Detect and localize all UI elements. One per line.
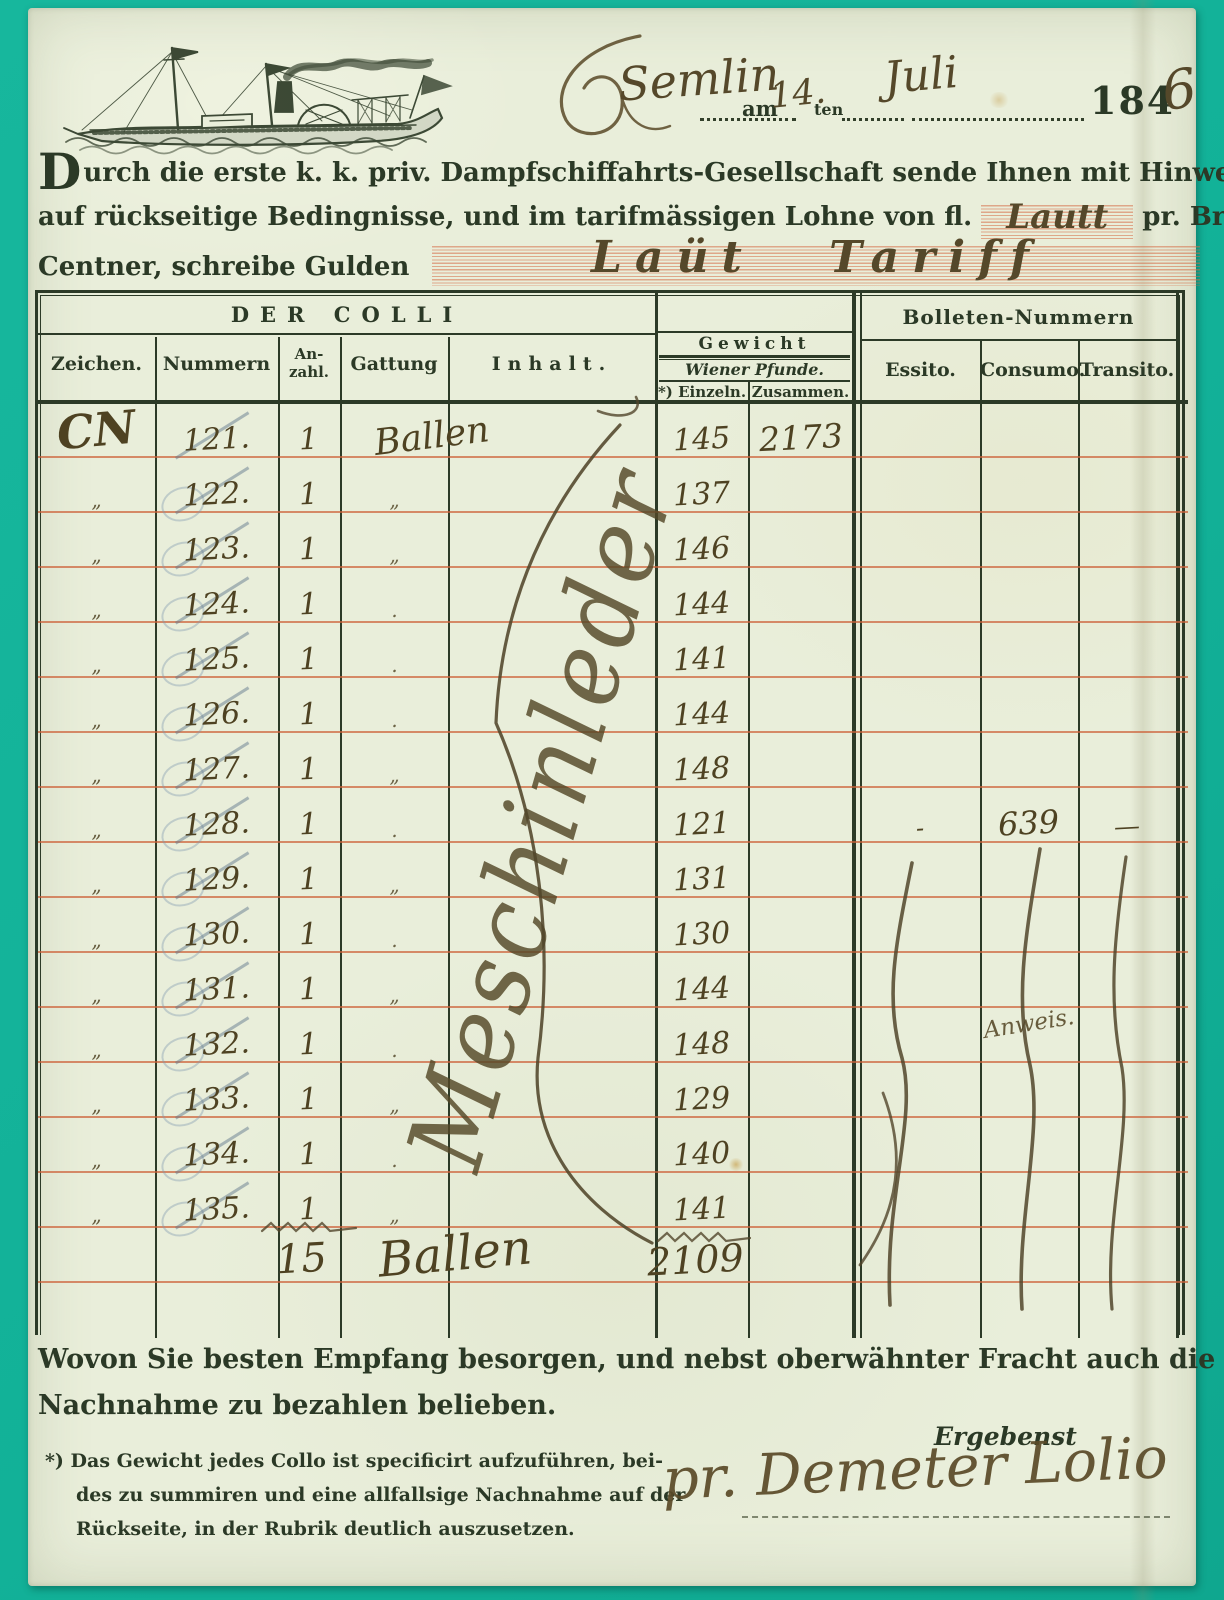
zeichen-value: „ [91, 1038, 103, 1063]
einzeln-cell: 130 [656, 898, 748, 953]
nummer-cell: 124. [155, 568, 278, 623]
transito-cell [1078, 1173, 1176, 1228]
zeichen-value: „ [91, 928, 103, 953]
zeichen-value: „ [91, 983, 103, 1008]
einzeln-cell: 144 [656, 678, 748, 733]
nummer-cell: 132. [155, 1008, 278, 1063]
zeichen-cell: „ [38, 1008, 155, 1063]
footer-line-2: Nachnahme zu bezahlen belieben. [38, 1390, 556, 1421]
einzeln-cell: 121 [656, 788, 748, 843]
nummer-cell: 128. [155, 788, 278, 843]
col-header-gattung: Gattung [340, 353, 448, 375]
col-header-nummern: Nummern [155, 353, 278, 375]
footnote-line-3: Rückseite, in der Rubrik deutlich auszus… [76, 1520, 575, 1539]
transito-cell [1078, 898, 1176, 953]
anzahl-cell: 1 [278, 568, 340, 623]
transito-cell [1078, 678, 1176, 733]
zusammen-cell [748, 513, 853, 568]
anzahl-cell: 1 [278, 1118, 340, 1173]
transito-cell [1078, 953, 1176, 1008]
table-row: „ 134. 1 . 140 [38, 1118, 1188, 1173]
nummer-cell: 134. [155, 1118, 278, 1173]
anzahl-value: 1 [299, 532, 320, 568]
nummer-cell: 131. [155, 953, 278, 1008]
consumo-cell [980, 568, 1078, 623]
zeichen-cell: „ [38, 513, 155, 568]
einzeln-cell: 148 [656, 1008, 748, 1063]
consumo-header: Consumo. [980, 359, 1078, 381]
intro-line-1: Durch die erste k. k. priv. Dampfschiffa… [38, 158, 1224, 188]
table-row: „ 133. 1 „ 129 [38, 1063, 1188, 1118]
rule [38, 333, 656, 335]
gattung-value: . [390, 1038, 398, 1062]
transito-cell [1078, 1118, 1176, 1173]
table-row: „ 131. 1 „ 144 [38, 953, 1188, 1008]
intro-line-3-text: Centner, schreibe Gulden [38, 252, 409, 282]
gattung-cell: „ [340, 513, 448, 568]
essito-cell [861, 898, 980, 953]
consumo-cell [980, 1063, 1078, 1118]
anzahl-value: 1 [299, 1137, 320, 1173]
essito-cell [861, 458, 980, 513]
zeichen-cell: „ [38, 678, 155, 733]
nummer-value: 133. [182, 1080, 251, 1118]
gattung-value: . [390, 653, 398, 677]
gattung-value: „ [388, 543, 400, 568]
gattung-cell: „ [340, 843, 448, 898]
zusammen-value: 2173 [758, 416, 844, 459]
nummer-value: 129. [182, 860, 251, 898]
zusammen-cell [748, 678, 853, 733]
einzeln-value: 144 [672, 971, 731, 1009]
zeichen-cell: „ [38, 1173, 155, 1228]
anzahl-value: 1 [299, 697, 320, 733]
rule [659, 355, 850, 358]
zeichen-cell: „ [38, 1118, 155, 1173]
gattung-value: „ [388, 763, 400, 788]
totals-row: 15 Ballen 2109 [38, 1228, 1188, 1283]
zeichen-cell: „ [38, 568, 155, 623]
transito-cell [1078, 623, 1176, 678]
zusammen-cell [748, 458, 853, 513]
col-header-zeichen: Zeichen. [38, 353, 155, 375]
anzahl-value: 1 [299, 807, 320, 843]
einzeln-cell: 144 [656, 953, 748, 1008]
nummer-value: 131. [182, 970, 251, 1008]
consumo-cell [980, 623, 1078, 678]
einzeln-value: 148 [672, 1026, 731, 1064]
einzeln-value: 129 [672, 1081, 731, 1119]
dotted-rule [842, 117, 904, 121]
nummer-cell: 129. [155, 843, 278, 898]
transito-header: Transito. [1078, 359, 1176, 381]
zusammen-cell [748, 733, 853, 788]
essito-value: - [916, 814, 926, 842]
anzahl-cell: 1 [278, 678, 340, 733]
zeichen-value: „ [91, 543, 103, 568]
consumo-cell [980, 458, 1078, 513]
nummer-cell: 121. [155, 403, 278, 458]
gewicht-header: Gewicht [656, 334, 853, 354]
nummer-value: 135. [182, 1190, 251, 1228]
anzahl-value: 1 [299, 917, 320, 953]
anzahl-value: 1 [299, 972, 320, 1008]
einzeln-value: 144 [672, 586, 731, 624]
anzahl-value: 1 [299, 642, 320, 678]
gattung-cell: „ [340, 733, 448, 788]
table-inner-frame: DER COLLI Bolleten-Nummern Zeichen. Numm… [40, 295, 1180, 1335]
einzeln-value: 140 [672, 1136, 731, 1174]
gulden-hatch-field: Laüt Tariff [432, 244, 1200, 286]
fee-handwriting: Lautt [1006, 197, 1108, 237]
footnote-line-1: *) Das Gewicht jedes Collo ist specifici… [45, 1452, 663, 1471]
gattung-cell: Ballen [340, 403, 540, 458]
zusammen-cell [748, 623, 853, 678]
zusammen-cell: 2173 [748, 403, 853, 458]
zusammen-cell [748, 1063, 853, 1118]
zeichen-cell: „ [38, 953, 155, 1008]
consumo-cell [980, 843, 1078, 898]
nummer-value: 128. [182, 805, 251, 843]
essito-cell [861, 1063, 980, 1118]
intro-line-2-after: pr. Brutto [1142, 202, 1224, 232]
nummer-cell: 135. [155, 1173, 278, 1228]
zeichen-cell: „ [38, 843, 155, 898]
zusammen-cell [748, 898, 853, 953]
anzahl-line2: zahl. [289, 363, 329, 381]
essito-cell [861, 953, 980, 1008]
zeichen-value: „ [91, 488, 103, 513]
einzeln-value: 141 [672, 641, 731, 679]
einzeln-cell: 140 [656, 1118, 748, 1173]
transito-value: — [1113, 811, 1141, 842]
zusammen-cell [748, 788, 853, 843]
anzahl-cell: 1 [278, 623, 340, 678]
zeichen-value: „ [91, 1203, 103, 1228]
group-header-bolleten: Bolleten-Nummern [861, 305, 1176, 329]
anzahl-cell: 1 [278, 733, 340, 788]
anzahl-cell: 1 [278, 1063, 340, 1118]
zusammen-cell [748, 843, 853, 898]
gattung-cell: . [340, 568, 448, 623]
consumo-cell [980, 513, 1078, 568]
intro-line-2-text: auf rückseitige Bedingnisse, und im tari… [38, 202, 972, 232]
total-gattung: Ballen [376, 1219, 534, 1288]
consumo-cell [980, 403, 1078, 458]
zeichen-cell: „ [38, 733, 155, 788]
gattung-value: „ [388, 1203, 400, 1228]
transito-cell: — [1078, 788, 1176, 843]
consumo-cell: 639 [980, 788, 1078, 843]
anzahl-cell: 1 [278, 1008, 340, 1063]
gattung-value: Ballen [372, 409, 492, 464]
consumo-cell [980, 1118, 1078, 1173]
consumo-value: 639 [998, 802, 1061, 843]
zeichen-cell: „ [38, 1063, 155, 1118]
nummer-value: 121. [182, 420, 251, 458]
nummer-value: 134. [182, 1135, 251, 1173]
footer-line-1: Wovon Sie besten Empfang besorgen, und n… [38, 1344, 1224, 1375]
nummer-cell: 133. [155, 1063, 278, 1118]
anzahl-value: 1 [299, 587, 320, 623]
transito-cell [1078, 1063, 1176, 1118]
wiener-pfunde-header: Wiener Pfunde. [656, 360, 853, 379]
zeichen-value: „ [91, 763, 103, 788]
gattung-value: „ [388, 488, 400, 513]
zeichen-value: „ [91, 708, 103, 733]
col-header-anzahl: An-zahl. [278, 345, 340, 381]
anzahl-cell: 1 [278, 1173, 340, 1228]
table-row: „ 129. 1 „ 131 [38, 843, 1188, 898]
nummer-cell: 122. [155, 458, 278, 513]
nummer-cell: 126. [155, 678, 278, 733]
gattung-cell: . [340, 678, 448, 733]
zusammen-cell [748, 953, 853, 1008]
gattung-cell: „ [340, 458, 448, 513]
essito-cell [861, 678, 980, 733]
nummer-value: 123. [182, 530, 251, 568]
essito-cell: - [861, 788, 980, 843]
einzeln-cell: 145 [656, 403, 748, 458]
table-row: „ 135. 1 „ 141 [38, 1173, 1188, 1228]
steamship-engraving [60, 42, 455, 160]
rule [656, 331, 853, 333]
nummer-value: 122. [182, 475, 251, 513]
zusammen-cell [748, 1008, 853, 1063]
transito-cell [1078, 513, 1176, 568]
gattung-cell: . [340, 788, 448, 843]
anzahl-line1: An- [295, 345, 324, 363]
essito-cell [861, 568, 980, 623]
einzeln-value: 130 [672, 916, 731, 954]
einzeln-value: 121 [672, 806, 731, 844]
consumo-cell [980, 953, 1078, 1008]
transito-cell [1078, 568, 1176, 623]
gattung-value: . [390, 818, 398, 842]
zeichen-cell: „ [38, 458, 155, 513]
zusammen-cell [748, 1173, 853, 1228]
essito-cell [861, 1008, 980, 1063]
zeichen-value: „ [91, 1148, 103, 1173]
nummer-cell: 123. [155, 513, 278, 568]
anzahl-value: 1 [299, 477, 320, 513]
transito-cell [1078, 733, 1176, 788]
col-header-inhalt: Inhalt. [448, 353, 656, 375]
essito-cell [861, 623, 980, 678]
anzahl-cell: 1 [278, 898, 340, 953]
gattung-value: . [390, 598, 398, 622]
zeichen-cell: „ [38, 788, 155, 843]
einzeln-value: 131 [672, 861, 731, 899]
total-anzahl: 15 [274, 1235, 327, 1284]
zeichen-cell: „ [38, 623, 155, 678]
essito-cell [861, 733, 980, 788]
anzahl-cell: 1 [278, 458, 340, 513]
essito-cell [861, 1173, 980, 1228]
zeichen-value: „ [91, 873, 103, 898]
essito-cell [861, 843, 980, 898]
transito-cell [1078, 1008, 1176, 1063]
einzeln-value: 141 [672, 1191, 731, 1229]
einzeln-value: 148 [672, 751, 731, 789]
gattung-value: „ [388, 873, 400, 898]
nummer-value: 127. [182, 750, 251, 788]
nummer-cell: 127. [155, 733, 278, 788]
consumo-cell [980, 733, 1078, 788]
drop-cap: D [38, 142, 83, 201]
einzeln-value: 144 [672, 696, 731, 734]
anzahl-cell: 1 [278, 513, 340, 568]
consumo-cell [980, 1173, 1078, 1228]
zeichen-value: „ [91, 598, 103, 623]
anzahl-cell: 1 [278, 403, 340, 458]
table-row: CN 121. 1 Ballen 145 2173 [38, 403, 1188, 458]
footnote-line-2: des zu summiren und eine allfallsige Nac… [76, 1486, 685, 1505]
dotted-rule [700, 117, 796, 121]
einzeln-cell: 141 [656, 1173, 748, 1228]
gattung-value: . [390, 708, 398, 732]
essito-cell [861, 513, 980, 568]
einzeln-header: *) Einzeln. [654, 383, 750, 401]
anzahl-value: 1 [299, 1027, 320, 1063]
signature-dashed-line [742, 1516, 1170, 1518]
rule [861, 339, 1176, 341]
total-einzeln: 2109 [646, 1235, 745, 1284]
anzahl-value: 1 [299, 752, 320, 788]
gattung-cell: . [340, 623, 448, 678]
nummer-value: 125. [182, 640, 251, 678]
zeichen-cell: CN [38, 403, 155, 458]
nummer-cell: 125. [155, 623, 278, 678]
transito-cell [1078, 458, 1176, 513]
dotted-rule [912, 117, 1084, 121]
anzahl-value: 1 [299, 1192, 320, 1228]
nummer-cell: 130. [155, 898, 278, 953]
einzeln-cell: 141 [656, 623, 748, 678]
table-row: „ 128. 1 . 121 - 639 — [38, 788, 1188, 843]
zusammen-cell [748, 568, 853, 623]
gattung-value: „ [388, 983, 400, 1008]
nummer-value: 124. [182, 585, 251, 623]
einzeln-value: 145 [672, 421, 731, 459]
zeichen-cell: „ [38, 898, 155, 953]
zeichen-value: CN [55, 400, 138, 461]
freight-table: DER COLLI Bolleten-Nummern Zeichen. Numm… [35, 290, 1185, 1335]
scanned-freight-document: Semlin am 14. ten Juli 184 6 Durch die e… [0, 0, 1224, 1600]
consumo-cell [980, 678, 1078, 733]
zusammen-header: Zusammen. [748, 383, 853, 401]
transito-cell [1078, 403, 1176, 458]
gulden-handwriting: Laüt Tariff [591, 232, 1042, 283]
intro-line-1-text: urch die erste k. k. priv. Dampfschiffah… [83, 158, 1224, 188]
group-header-der-colli: DER COLLI [38, 302, 656, 327]
table-row: „ 130. 1 . 130 [38, 898, 1188, 953]
einzeln-cell: 129 [656, 1063, 748, 1118]
rule [659, 380, 850, 382]
essito-header: Essito. [861, 359, 980, 381]
transito-cell [1078, 843, 1176, 898]
gattung-cell: „ [340, 1173, 448, 1228]
anzahl-cell: 1 [278, 843, 340, 898]
anzahl-value: 1 [299, 862, 320, 898]
date-month-handwriting: Juli [882, 47, 960, 104]
essito-cell [861, 403, 980, 458]
consumo-cell [980, 898, 1078, 953]
einzeln-cell: 131 [656, 843, 748, 898]
nummer-value: 126. [182, 695, 251, 733]
anzahl-cell: 1 [278, 788, 340, 843]
zeichen-value: „ [91, 1093, 103, 1118]
anzahl-value: 1 [299, 1082, 320, 1118]
nummer-value: 130. [182, 915, 251, 953]
anzahl-cell: 1 [278, 953, 340, 1008]
zeichen-value: „ [91, 818, 103, 843]
essito-cell [861, 1118, 980, 1173]
einzeln-cell: 148 [656, 733, 748, 788]
anzahl-value: 1 [299, 422, 320, 458]
nummer-value: 132. [182, 1025, 251, 1063]
gattung-value: . [390, 928, 398, 952]
date-ten-label: ten [814, 100, 843, 119]
gattung-cell: . [340, 898, 448, 953]
intro-line-3: Centner, schreibe Gulden Laüt Tariff [38, 244, 1200, 286]
zusammen-cell [748, 1118, 853, 1173]
zeichen-value: „ [91, 653, 103, 678]
